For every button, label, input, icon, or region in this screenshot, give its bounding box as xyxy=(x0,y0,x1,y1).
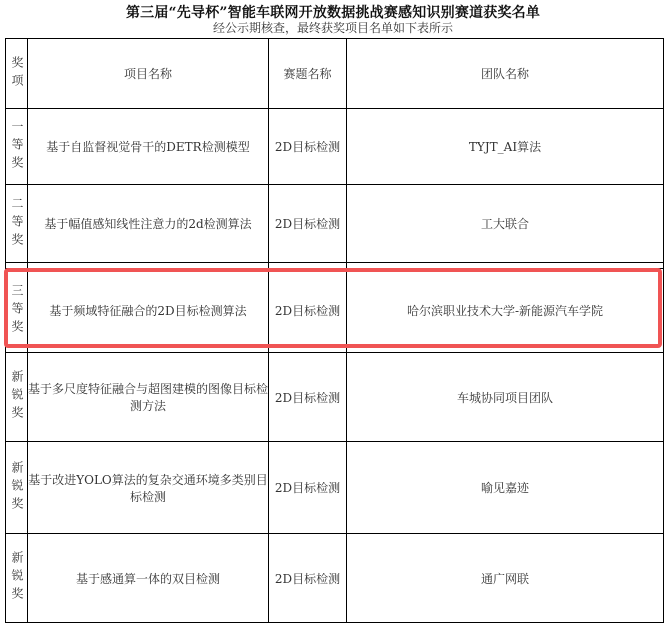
document-subtitle: 经公示期核查，最终获奖项目名单如下表所示 xyxy=(0,19,666,36)
team-cell: 车城协同项目团队 xyxy=(347,353,664,442)
header-project: 项目名称 xyxy=(28,39,269,109)
project-cell: 基于频域特征融合的2D目标检测算法 xyxy=(28,269,269,353)
table-row: 新锐奖 基于多尺度特征融合与超图建模的图像目标检测方法 2D目标检测 车城协同项… xyxy=(6,353,664,442)
award-label: 新锐奖 xyxy=(6,461,28,515)
award-cell: 二等奖 xyxy=(6,185,28,263)
award-label: 新锐奖 xyxy=(6,370,28,424)
track-cell: 2D目标检测 xyxy=(269,185,347,263)
team-cell: 通广网联 xyxy=(347,534,664,623)
award-label: 三等奖 xyxy=(6,284,28,338)
table-header-row: 奖项 项目名称 赛题名称 团队名称 xyxy=(6,39,664,109)
header-award: 奖项 xyxy=(6,39,28,109)
header-award-label: 奖项 xyxy=(6,56,28,92)
project-cell: 基于自监督视觉骨干的DETR检测模型 xyxy=(28,109,269,185)
award-label: 一等奖 xyxy=(6,120,28,174)
award-cell: 新锐奖 xyxy=(6,534,28,623)
awards-table: 奖项 项目名称 赛题名称 团队名称 一等奖 基于自监督视觉骨干的DETR检测模型… xyxy=(5,38,664,623)
team-cell: 喻见嘉迹 xyxy=(347,442,664,534)
track-cell: 2D目标检测 xyxy=(269,353,347,442)
table-row: 新锐奖 基于改进YOLO算法的复杂交通环境多类别目标检测 2D目标检测 喻见嘉迹 xyxy=(6,442,664,534)
award-cell: 新锐奖 xyxy=(6,353,28,442)
track-cell: 2D目标检测 xyxy=(269,534,347,623)
table-row: 二等奖 基于幅值感知线性注意力的2d检测算法 2D目标检测 工大联合 xyxy=(6,185,664,263)
award-cell: 三等奖 xyxy=(6,269,28,353)
award-label: 新锐奖 xyxy=(6,551,28,605)
header-team: 团队名称 xyxy=(347,39,664,109)
table-row: 一等奖 基于自监督视觉骨干的DETR检测模型 2D目标检测 TYJT_AI算法 xyxy=(6,109,664,185)
project-cell: 基于幅值感知线性注意力的2d检测算法 xyxy=(28,185,269,263)
award-label: 二等奖 xyxy=(6,197,28,251)
track-cell: 2D目标检测 xyxy=(269,109,347,185)
track-cell: 2D目标检测 xyxy=(269,269,347,353)
team-cell: TYJT_AI算法 xyxy=(347,109,664,185)
project-cell: 基于改进YOLO算法的复杂交通环境多类别目标检测 xyxy=(28,442,269,534)
team-cell: 工大联合 xyxy=(347,185,664,263)
track-cell: 2D目标检测 xyxy=(269,442,347,534)
award-cell: 一等奖 xyxy=(6,109,28,185)
award-cell: 新锐奖 xyxy=(6,442,28,534)
table-row: 三等奖 基于频域特征融合的2D目标检测算法 2D目标检测 哈尔滨职业技术大学-新… xyxy=(6,269,664,353)
project-cell: 基于多尺度特征融合与超图建模的图像目标检测方法 xyxy=(28,353,269,442)
project-cell: 基于感通算一体的双目检测 xyxy=(28,534,269,623)
table-row: 新锐奖 基于感通算一体的双目检测 2D目标检测 通广网联 xyxy=(6,534,664,623)
header-track: 赛题名称 xyxy=(269,39,347,109)
team-cell: 哈尔滨职业技术大学-新能源汽车学院 xyxy=(347,269,664,353)
